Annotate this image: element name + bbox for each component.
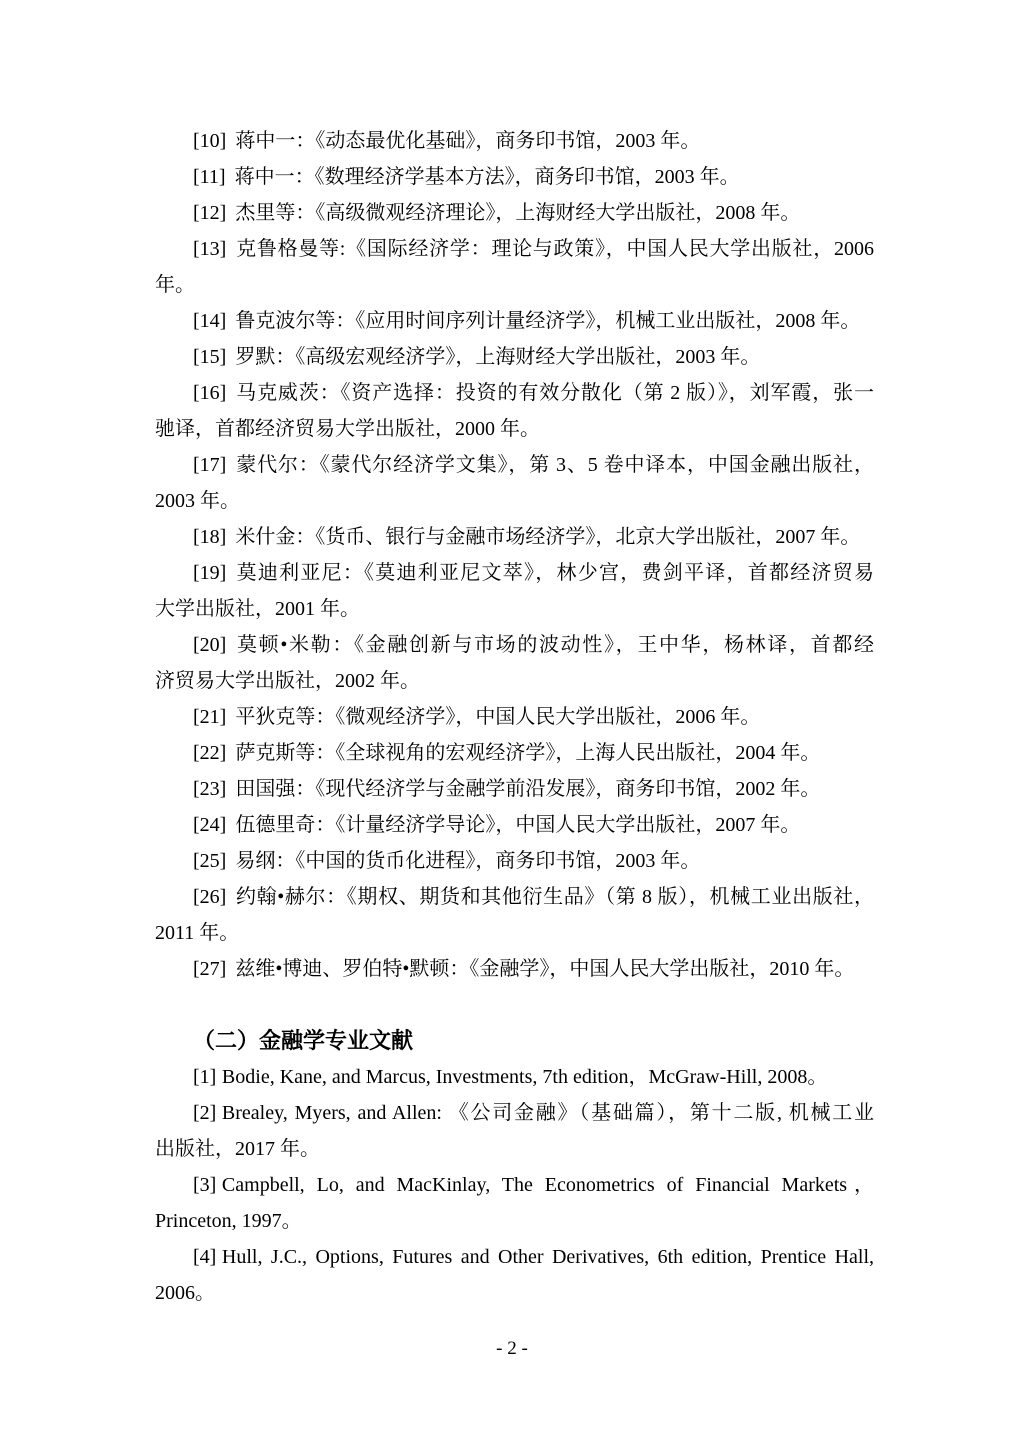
reference-text: 莫迪利亚尼：《莫迪利亚尼文萃》，林少宫，费剑平译，首都经济贸易	[235, 562, 874, 584]
reference-text: 鲁克波尔等：《应用时间序列计量经济学》，机械工业出版社，2008 年。	[235, 310, 860, 332]
reference-line: [18]米什金：《货币、银行与金融市场经济学》，北京大学出版社，2007 年。	[155, 519, 874, 555]
reference-text: 蒙代尔：《蒙代尔经济学文集》，第 3、5 卷中译本，中国金融出版社，	[235, 454, 874, 476]
reference-item: [14]鲁克波尔等：《应用时间序列计量经济学》，机械工业出版社，2008 年。	[155, 303, 874, 339]
reference-line: [23]田国强：《现代经济学与金融学前沿发展》，商务印书馆，2002 年。	[155, 771, 874, 807]
reference-line: [14]鲁克波尔等：《应用时间序列计量经济学》，机械工业出版社，2008 年。	[155, 303, 874, 339]
reference-number: [21]	[193, 706, 226, 728]
reference-line: [25]易纲：《中国的货币化进程》，商务印书馆，2003 年。	[155, 843, 874, 879]
reference-line: 2003 年。	[155, 483, 874, 519]
reference-line: [26]约翰•赫尔：《期权、期货和其他衍生品》（第 8 版），机械工业出版社，	[155, 879, 874, 915]
reference-line: [11]蒋中一：《数理经济学基本方法》，商务印书馆，2003 年。	[155, 159, 874, 195]
reference-item: [1]Bodie, Kane, and Marcus, Investments,…	[155, 1059, 874, 1095]
reference-text: 2011 年。	[155, 922, 239, 944]
reference-line: [3]Campbell, Lo, and MacKinlay, The Econ…	[155, 1167, 874, 1203]
page: [10]蒋中一：《动态最优化基础》，商务印书馆，2003 年。[11]蒋中一：《…	[0, 0, 1024, 1448]
reference-line: Princeton, 1997。	[155, 1203, 874, 1239]
reference-line: [1]Bodie, Kane, and Marcus, Investments,…	[155, 1059, 874, 1095]
reference-number: [15]	[193, 346, 226, 368]
reference-number: [11]	[193, 166, 226, 188]
reference-number: [13]	[193, 238, 226, 260]
reference-item: [25]易纲：《中国的货币化进程》，商务印书馆，2003 年。	[155, 843, 874, 879]
reference-number: [17]	[193, 454, 226, 476]
reference-text: 约翰•赫尔：《期权、期货和其他衍生品》（第 8 版），机械工业出版社，	[235, 886, 874, 908]
reference-line: [12]杰里等：《高级微观经济理论》，上海财经大学出版社，2008 年。	[155, 195, 874, 231]
reference-number: [3]	[193, 1174, 216, 1196]
reference-line: 大学出版社，2001 年。	[155, 591, 874, 627]
reference-text: 克鲁格曼等:《国际经济学：理论与政策》，中国人民大学出版社，2006	[235, 238, 874, 260]
reference-text: 罗默：《高级宏观经济学》，上海财经大学出版社，2003 年。	[235, 346, 760, 368]
reference-number: [19]	[193, 562, 226, 584]
reference-text: Brealey, Myers, and Allen: 《公司金融》（基础篇），第…	[222, 1102, 874, 1124]
reference-line: [13]克鲁格曼等:《国际经济学：理论与政策》，中国人民大学出版社，2006	[155, 231, 874, 267]
reference-text: 萨克斯等：《全球视角的宏观经济学》，上海人民出版社，2004 年。	[235, 742, 820, 764]
reference-line: [21]平狄克等：《微观经济学》，中国人民大学出版社，2006 年。	[155, 699, 874, 735]
reference-item: [16]马克威茨：《资产选择：投资的有效分散化（第 2 版）》，刘军霞，张一驰译…	[155, 375, 874, 447]
reference-line: [19]莫迪利亚尼：《莫迪利亚尼文萃》，林少宫，费剑平译，首都经济贸易	[155, 555, 874, 591]
text-block: [10]蒋中一：《动态最优化基础》，商务印书馆，2003 年。[11]蒋中一：《…	[155, 123, 874, 1311]
reference-line: [20]莫顿•米勒：《金融创新与市场的波动性》，王中华，杨林译，首都经	[155, 627, 874, 663]
reference-item: [27]兹维•博迪、罗伯特•默顿：《金融学》，中国人民大学出版社，2010 年。	[155, 951, 874, 987]
reference-line: [4]Hull, J.C., Options, Futures and Othe…	[155, 1239, 874, 1275]
reference-number: [2]	[193, 1102, 216, 1124]
reference-line: [24]伍德里奇：《计量经济学导论》，中国人民大学出版社，2007 年。	[155, 807, 874, 843]
reference-number: [22]	[193, 742, 226, 764]
reference-text: 2003 年。	[155, 490, 240, 512]
reference-text: 莫顿•米勒：《金融创新与市场的波动性》，王中华，杨林译，首都经	[235, 634, 874, 656]
reference-text: 马克威茨：《资产选择：投资的有效分散化（第 2 版）》，刘军霞，张一	[235, 382, 874, 404]
reference-text: 出版社，2017 年。	[155, 1138, 320, 1160]
reference-line: [2]Brealey, Myers, and Allen: 《公司金融》（基础篇…	[155, 1095, 874, 1131]
reference-item: [10]蒋中一：《动态最优化基础》，商务印书馆，2003 年。	[155, 123, 874, 159]
page-number-footer: - 2 -	[0, 1337, 1024, 1361]
reference-line: 2006。	[155, 1275, 874, 1311]
reference-item: [13]克鲁格曼等:《国际经济学：理论与政策》，中国人民大学出版社，2006年。	[155, 231, 874, 303]
reference-text: 兹维•博迪、罗伯特•默顿：《金融学》，中国人民大学出版社，2010 年。	[235, 958, 854, 980]
reference-text: 蒋中一：《数理经济学基本方法》，商务印书馆，2003 年。	[235, 166, 740, 188]
reference-number: [14]	[193, 310, 226, 332]
reference-line: 年。	[155, 267, 874, 303]
reference-number: [25]	[193, 850, 226, 872]
reference-text: 年。	[155, 274, 195, 296]
reference-number: [10]	[193, 130, 226, 152]
reference-text: Campbell, Lo, and MacKinlay, The Econome…	[222, 1174, 874, 1196]
reference-line: [10]蒋中一：《动态最优化基础》，商务印书馆，2003 年。	[155, 123, 874, 159]
reference-number: [27]	[193, 958, 226, 980]
reference-number: [24]	[193, 814, 226, 836]
reference-item: [26]约翰•赫尔：《期权、期货和其他衍生品》（第 8 版），机械工业出版社，2…	[155, 879, 874, 951]
reference-line: [22]萨克斯等：《全球视角的宏观经济学》，上海人民出版社，2004 年。	[155, 735, 874, 771]
reference-line: 驰译，首都经济贸易大学出版社，2000 年。	[155, 411, 874, 447]
reference-line: [15]罗默：《高级宏观经济学》，上海财经大学出版社，2003 年。	[155, 339, 874, 375]
reference-text: 伍德里奇：《计量经济学导论》，中国人民大学出版社，2007 年。	[235, 814, 800, 836]
reference-text: 平狄克等：《微观经济学》，中国人民大学出版社，2006 年。	[235, 706, 760, 728]
reference-line: 出版社，2017 年。	[155, 1131, 874, 1167]
en-references-section: [1]Bodie, Kane, and Marcus, Investments,…	[155, 1059, 874, 1311]
reference-item: [3]Campbell, Lo, and MacKinlay, The Econ…	[155, 1167, 874, 1239]
reference-number: [1]	[193, 1066, 216, 1088]
reference-line: [17]蒙代尔：《蒙代尔经济学文集》，第 3、5 卷中译本，中国金融出版社，	[155, 447, 874, 483]
reference-item: [24]伍德里奇：《计量经济学导论》，中国人民大学出版社，2007 年。	[155, 807, 874, 843]
reference-item: [21]平狄克等：《微观经济学》，中国人民大学出版社，2006 年。	[155, 699, 874, 735]
reference-line: 济贸易大学出版社，2002 年。	[155, 663, 874, 699]
reference-text: Bodie, Kane, and Marcus, Investments, 7t…	[222, 1066, 827, 1088]
reference-number: [16]	[193, 382, 226, 404]
reference-text: 田国强：《现代经济学与金融学前沿发展》，商务印书馆，2002 年。	[235, 778, 820, 800]
reference-line: 2011 年。	[155, 915, 874, 951]
reference-text: Hull, J.C., Options, Futures and Other D…	[222, 1246, 874, 1268]
reference-text: 蒋中一：《动态最优化基础》，商务印书馆，2003 年。	[235, 130, 700, 152]
reference-text: 2006。	[155, 1282, 215, 1304]
reference-item: [22]萨克斯等：《全球视角的宏观经济学》，上海人民出版社，2004 年。	[155, 735, 874, 771]
reference-text: 杰里等：《高级微观经济理论》，上海财经大学出版社，2008 年。	[235, 202, 800, 224]
reference-item: [18]米什金：《货币、银行与金融市场经济学》，北京大学出版社，2007 年。	[155, 519, 874, 555]
reference-text: 大学出版社，2001 年。	[155, 598, 360, 620]
reference-item: [23]田国强：《现代经济学与金融学前沿发展》，商务印书馆，2002 年。	[155, 771, 874, 807]
reference-number: [18]	[193, 526, 226, 548]
reference-text: Princeton, 1997。	[155, 1210, 302, 1232]
reference-line: [16]马克威茨：《资产选择：投资的有效分散化（第 2 版）》，刘军霞，张一	[155, 375, 874, 411]
reference-item: [12]杰里等：《高级微观经济理论》，上海财经大学出版社，2008 年。	[155, 195, 874, 231]
reference-number: [26]	[193, 886, 226, 908]
reference-text: 济贸易大学出版社，2002 年。	[155, 670, 420, 692]
cn-references-section: [10]蒋中一：《动态最优化基础》，商务印书馆，2003 年。[11]蒋中一：《…	[155, 123, 874, 987]
reference-number: [4]	[193, 1246, 216, 1268]
section-heading: （二）金融学专业文献	[155, 1023, 874, 1059]
reference-text: 易纲：《中国的货币化进程》，商务印书馆，2003 年。	[235, 850, 700, 872]
reference-number: [20]	[193, 634, 226, 656]
reference-item: [2]Brealey, Myers, and Allen: 《公司金融》（基础篇…	[155, 1095, 874, 1167]
reference-text: 米什金：《货币、银行与金融市场经济学》，北京大学出版社，2007 年。	[235, 526, 860, 548]
reference-item: [4]Hull, J.C., Options, Futures and Othe…	[155, 1239, 874, 1311]
reference-item: [11]蒋中一：《数理经济学基本方法》，商务印书馆，2003 年。	[155, 159, 874, 195]
reference-number: [23]	[193, 778, 226, 800]
reference-text: 驰译，首都经济贸易大学出版社，2000 年。	[155, 418, 540, 440]
reference-item: [19]莫迪利亚尼：《莫迪利亚尼文萃》，林少宫，费剑平译，首都经济贸易大学出版社…	[155, 555, 874, 627]
reference-item: [15]罗默：《高级宏观经济学》，上海财经大学出版社，2003 年。	[155, 339, 874, 375]
reference-item: [17]蒙代尔：《蒙代尔经济学文集》，第 3、5 卷中译本，中国金融出版社，20…	[155, 447, 874, 519]
reference-number: [12]	[193, 202, 226, 224]
reference-item: [20]莫顿•米勒：《金融创新与市场的波动性》，王中华，杨林译，首都经济贸易大学…	[155, 627, 874, 699]
reference-line: [27]兹维•博迪、罗伯特•默顿：《金融学》，中国人民大学出版社，2010 年。	[155, 951, 874, 987]
